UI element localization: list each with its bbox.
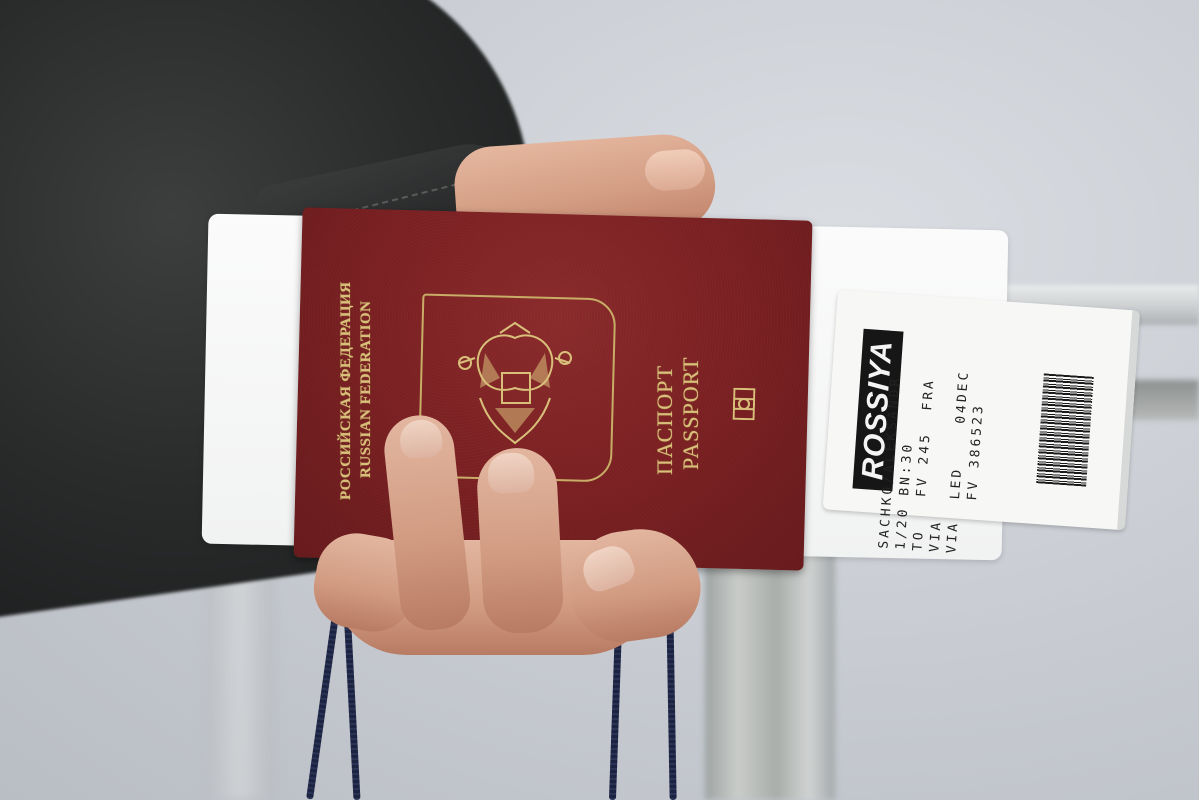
- passport-country-ru: РОССИЙСКАЯ ФЕДЕРАЦИЯ: [338, 281, 355, 500]
- passport-title-ru: ПАСПОРТ: [652, 365, 678, 475]
- photo-scene: ROSSIYA SACHKO/ALEKSANDR1/20 BN:30TO FV …: [0, 0, 1199, 800]
- barcode-icon: [1036, 373, 1094, 486]
- passport-country-en: RUSSIAN FEDERATION: [358, 300, 375, 478]
- passport-title-en: PASSPORT: [678, 357, 704, 471]
- biometric-chip-icon: [733, 388, 756, 421]
- fingernail: [487, 452, 535, 494]
- double-headed-eagle-icon: [440, 318, 590, 453]
